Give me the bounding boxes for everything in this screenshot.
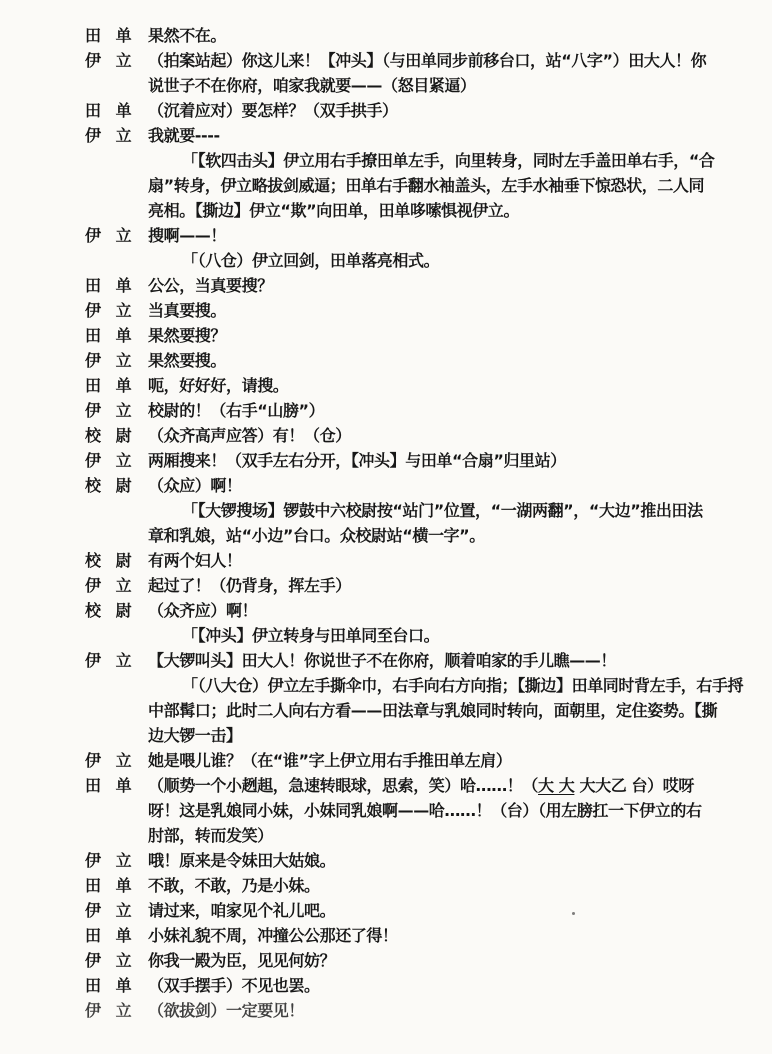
script-line: 田 单（沉着应对）要怎样？（双手拱手）	[0, 98, 772, 123]
speaker-name: 伊 立	[85, 848, 132, 873]
line-text: 有两个妇人！	[148, 551, 242, 570]
speaker-name: 田 单	[85, 773, 132, 798]
script-line: 亮相。【撕边】伊立“欺”向田单，田单哆嗦惧视伊立。	[0, 198, 772, 223]
line-text: （拍案站起）你这儿来！【冲头】（与田单同步前移台口，站“八字”）田大人！你	[148, 51, 706, 70]
speaker-name: 田 单	[85, 973, 132, 998]
percussion-cue: 【大锣叫头】	[148, 651, 242, 670]
percussion-cue: 【冲头】	[198, 626, 252, 645]
script-line: 伊 立搜啊——！	[0, 223, 772, 248]
line-text: 章和乳娘，站“小边”台口。众校尉站“横一字”。	[148, 526, 485, 545]
line-text: 请过来，咱家见个礼儿吧。	[148, 901, 335, 920]
speaker-name: 伊 立	[85, 948, 132, 973]
speaker-name: 伊 立	[85, 48, 132, 73]
percussion-cue: 【软四击头】	[198, 151, 284, 170]
script-line: 伊 立果然要搜。	[0, 348, 772, 373]
speaker-name: 田 单	[85, 98, 132, 123]
script-line: 伊 立两厢搜来！（双手左右分开，【冲头】与田单“合扇”归里站）	[0, 448, 772, 473]
script-line: 田 单不敢，不敢，乃是小妹。	[0, 873, 772, 898]
line-text: （沉着应对）要怎样？（双手拱手）	[148, 101, 398, 120]
line-text: 肘部，转而发笑）	[148, 826, 273, 845]
speaker-name: 田 单	[85, 873, 132, 898]
percussion-cue: 【冲头】	[320, 51, 382, 70]
speaker-name: 校 尉	[85, 473, 132, 498]
line-text: 呃，好好好，请搜。	[148, 376, 288, 395]
script-line: 说世子不在你府，咱家我就要——（怒目紧逼）	[0, 73, 772, 98]
line-text: 校尉的！（右手“山膀”）	[148, 401, 324, 420]
script-line: 章和乳娘，站“小边”台口。众校尉站“横一字”。	[0, 523, 772, 548]
speaker-name: 伊 立	[85, 223, 132, 248]
speaker-name: 田 单	[85, 23, 132, 48]
line-text: （双手摆手）不见也罢。	[148, 976, 320, 995]
script-line: 田 单呃，好好好，请搜。	[0, 373, 772, 398]
script-line: 伊 立你我一殿为臣，见见何妨？	[0, 948, 772, 973]
line-text: 哦！原来是令妹田大姑娘。	[148, 851, 335, 870]
line-text: 「（八大仓）伊立左手撕伞巾，右手向右方向指；【撕边】田单同时背左手，右手捋	[182, 676, 743, 695]
script-line: 呀！这是乳娘同小妹，小妹同乳娘啊——哈……！（台）（用左膀扛一下伊立的右	[0, 798, 772, 823]
line-text: 边大锣一击】	[148, 726, 242, 745]
script-line: 「【软四击头】伊立用右手撩田单左手，向里转身，同时左手盖田单右手，“合	[0, 148, 772, 173]
script-lines-container: 田 单果然不在。伊 立（拍案站起）你这儿来！【冲头】（与田单同步前移台口，站“八…	[0, 23, 772, 1023]
line-text: （众应）啊！	[148, 476, 242, 495]
line-text: 果然要搜？	[148, 326, 226, 345]
line-text: 不敢，不敢，乃是小妹。	[148, 876, 320, 895]
line-text: 小妹礼貌不周，冲撞公公那还了得！	[148, 926, 398, 945]
line-text: （欲拔剑）一定要见！	[148, 1001, 304, 1020]
script-line: 「（八仓）伊立回剑，田单落亮相式。	[0, 248, 772, 273]
speaker-name: 伊 立	[85, 748, 132, 773]
script-line: 伊 立请过来，咱家见个礼儿吧。	[0, 898, 772, 923]
script-line: 田 单公公，当真要搜？	[0, 273, 772, 298]
speaker-name: 伊 立	[85, 998, 132, 1023]
speaker-name: 伊 立	[85, 348, 132, 373]
script-line: 伊 立【大锣叫头】田大人！你说世子不在你府，顺着咱家的手儿瞧——！	[0, 648, 772, 673]
percussion-cue: 【撕边】	[195, 201, 249, 220]
script-line: 伊 立起过了！（仍背身，挥左手）	[0, 573, 772, 598]
line-text: 两厢搜来！（双手左右分开，【冲头】与田单“合扇”归里站）	[148, 451, 566, 470]
line-text: 说世子不在你府，咱家我就要——（怒目紧逼）	[148, 76, 476, 95]
speaker-name: 伊 立	[85, 898, 132, 923]
script-line: 边大锣一击】	[0, 723, 772, 748]
script-line: 伊 立哦！原来是令妹田大姑娘。	[0, 848, 772, 873]
script-line: 伊 立（拍案站起）你这儿来！【冲头】（与田单同步前移台口，站“八字”）田大人！你	[0, 48, 772, 73]
line-text: 「【冲头】伊立转身与田单同至台口。	[182, 626, 439, 645]
script-line: 「（八大仓）伊立左手撕伞巾，右手向右方向指；【撕边】田单同时背左手，右手捋	[0, 673, 772, 698]
line-text: 她是喂儿谁？（在“谁”字上伊立用右手推田单左肩）	[148, 751, 511, 770]
speaker-name: 伊 立	[85, 448, 132, 473]
script-page: 田 单果然不在。伊 立（拍案站起）你这儿来！【冲头】（与田单同步前移台口，站“八…	[0, 0, 772, 1054]
line-text: 「【软四击头】伊立用右手撩田单左手，向里转身，同时左手盖田单右手，“合	[182, 151, 715, 170]
line-text: （众齐高声应答）有！（仓）	[148, 426, 351, 445]
speaker-name: 伊 立	[85, 123, 132, 148]
line-text: 你我一殿为臣，见见何妨？	[148, 951, 335, 970]
script-line: 「【大锣搜场】锣鼓中六校尉按“站门”位置，“一湖两翻”，“大边”推出田法	[0, 498, 772, 523]
percussion-cue: 【冲头】	[351, 451, 405, 470]
line-text: 公公，当真要搜？	[148, 276, 273, 295]
script-line: 伊 立校尉的！（右手“山膀”）	[0, 398, 772, 423]
speaker-name: 伊 立	[85, 298, 132, 323]
ink-speck	[572, 912, 575, 915]
script-line: 肘部，转而发笑）	[0, 823, 772, 848]
line-text: 起过了！（仍背身，挥左手）	[148, 576, 351, 595]
line-text: 「（八仓）伊立回剑，田单落亮相式。	[182, 251, 439, 270]
line-text: 扇”转身，伊立略拔剑威逼；田单右手翻水袖盖头，左手水袖垂下惊恐状，二人同	[148, 176, 704, 195]
line-text: 【大锣叫头】田大人！你说世子不在你府，顺着咱家的手儿瞧——！	[148, 651, 616, 670]
speaker-name: 伊 立	[85, 648, 132, 673]
line-text: 果然不在。	[148, 26, 226, 45]
line-text: 我就要----	[148, 126, 220, 145]
script-line: 伊 立她是喂儿谁？（在“谁”字上伊立用右手推田单左肩）	[0, 748, 772, 773]
speaker-name: 校 尉	[85, 598, 132, 623]
script-line: 校 尉有两个妇人！	[0, 548, 772, 573]
script-line: 伊 立我就要----	[0, 123, 772, 148]
script-line: 伊 立当真要搜。	[0, 298, 772, 323]
percussion-cue: 【大锣搜场】	[198, 501, 284, 520]
line-text: 中部髯口；此时二人向右方看——田法章与乳娘同时转向，面朝里，定住姿势。【撕	[148, 701, 717, 720]
speaker-name: 田 单	[85, 373, 132, 398]
line-text: 亮相。【撕边】伊立“欺”向田单，田单哆嗦惧视伊立。	[148, 201, 519, 220]
line-text: 呀！这是乳娘同小妹，小妹同乳娘啊——哈……！（台）（用左膀扛一下伊立的右	[148, 801, 702, 820]
speaker-name: 伊 立	[85, 398, 132, 423]
speaker-name: 校 尉	[85, 548, 132, 573]
speaker-name: 校 尉	[85, 423, 132, 448]
script-line: 田 单小妹礼貌不周，冲撞公公那还了得！	[0, 923, 772, 948]
speaker-name: 田 单	[85, 923, 132, 948]
speaker-name: 田 单	[85, 273, 132, 298]
script-line: 田 单果然不在。	[0, 23, 772, 48]
script-line: 中部髯口；此时二人向右方看——田法章与乳娘同时转向，面朝里，定住姿势。【撕	[0, 698, 772, 723]
line-text: 当真要搜。	[148, 301, 226, 320]
script-line: 校 尉（众应）啊！	[0, 473, 772, 498]
line-text: （顺势一个小趔趄，急速转眼球，思索，笑）哈……！（大 大 大大乙 台）哎呀	[148, 776, 694, 795]
line-text: 搜啊——！	[148, 226, 226, 245]
speaker-name: 田 单	[85, 323, 132, 348]
line-text: 「【大锣搜场】锣鼓中六校尉按“站门”位置，“一湖两翻”，“大边”推出田法	[182, 501, 703, 520]
line-text: 果然要搜。	[148, 351, 226, 370]
script-line: 田 单（顺势一个小趔趄，急速转眼球，思索，笑）哈……！（大 大 大大乙 台）哎呀	[0, 773, 772, 798]
script-line: 「【冲头】伊立转身与田单同至台口。	[0, 623, 772, 648]
speaker-name: 伊 立	[85, 573, 132, 598]
script-line: 田 单（双手摆手）不见也罢。	[0, 973, 772, 998]
script-line: 扇”转身，伊立略拔剑威逼；田单右手翻水袖盖头，左手水袖垂下惊恐状，二人同	[0, 173, 772, 198]
script-line: 校 尉（众齐应）啊！	[0, 598, 772, 623]
line-text: （众齐应）啊！	[148, 601, 257, 620]
script-line: 田 单果然要搜？	[0, 323, 772, 348]
script-line: 伊 立（欲拔剑）一定要见！	[0, 998, 772, 1023]
script-line: 校 尉（众齐高声应答）有！（仓）	[0, 423, 772, 448]
percussion-cue: 【撕边】	[517, 676, 571, 695]
